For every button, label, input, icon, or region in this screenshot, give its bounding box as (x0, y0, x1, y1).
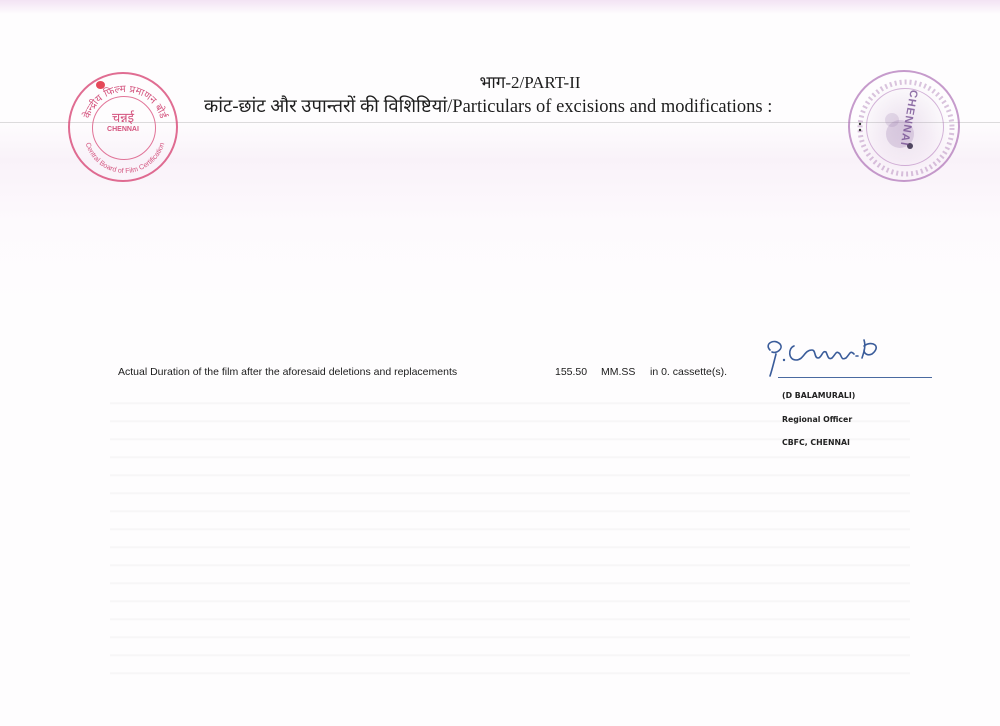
signatory-designation: Regional Officer (782, 415, 852, 424)
duration-label: Actual Duration of the film after the af… (118, 366, 457, 378)
seal-city-english: CHENNAI (70, 126, 176, 133)
seal-city-hindi: चन्नई (70, 108, 176, 126)
duration-value: 155.50 (555, 366, 587, 378)
signatory-name: (D BALAMURALI) (782, 391, 855, 400)
signature-line (778, 377, 932, 378)
cassette-count: in 0. cassette(s). (650, 366, 727, 378)
section-title: कांट-छांट और उपान्तरों की विशिष्टियां/Pa… (180, 95, 850, 119)
certificate-page: केन्द्रीय फिल्म प्रमाणन बोर्ड Central Bo… (0, 0, 1000, 726)
signature-icon (760, 336, 940, 380)
cbfc-seal-right: CHENNAI (848, 70, 960, 182)
bleed-through-texture (110, 390, 910, 690)
signatory-office: CBFC, CHENNAI (782, 438, 850, 447)
page-header: भाग-2/PART-II कांट-छांट और उपान्तरों की … (180, 72, 850, 119)
part-title: भाग-2/PART-II (210, 72, 850, 94)
duration-unit: MM.SS (601, 366, 635, 378)
cbfc-seal-left: केन्द्रीय फिल्म प्रमाणन बोर्ड Central Bo… (68, 72, 178, 182)
ink-blot (96, 81, 105, 89)
